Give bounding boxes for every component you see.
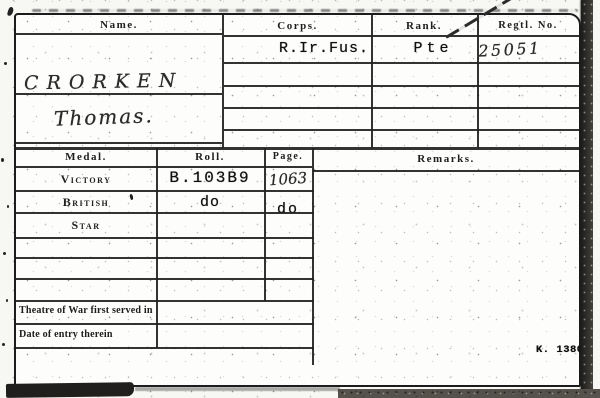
medal-row-star: Star bbox=[16, 218, 156, 233]
page-value-british: do bbox=[264, 201, 312, 218]
corps-header: Corps. bbox=[224, 20, 371, 32]
edge-speck bbox=[4, 62, 7, 65]
scanner-smear-bottom bbox=[135, 387, 340, 391]
name-box-bottom-rule bbox=[16, 142, 222, 144]
corps-header-rule bbox=[224, 35, 579, 37]
medal-row-line bbox=[16, 212, 314, 214]
edge-speck bbox=[2, 343, 5, 346]
medal-header: Medal. bbox=[16, 151, 156, 163]
medal-header-rule bbox=[16, 166, 312, 168]
medal-row-line bbox=[16, 257, 314, 259]
table-bottom-rule bbox=[16, 347, 314, 349]
corps-row-line bbox=[224, 107, 579, 109]
surname-handwritten: CRORKEN bbox=[24, 70, 184, 95]
corps-row-line bbox=[224, 85, 579, 87]
medal-row-victory: Victory bbox=[16, 172, 156, 187]
scanner-blob-bottom-left bbox=[6, 382, 134, 398]
scanner-edge-right bbox=[581, 0, 593, 398]
medal-index-card-scan: Name. Corps. Rank. Regtl. No. Medal. Rol… bbox=[0, 0, 600, 398]
form-code: K. 1380 bbox=[536, 344, 584, 356]
medal-row-line bbox=[16, 237, 314, 239]
medal-row-line bbox=[16, 278, 314, 280]
theatre-of-war-label: Theatre of War first served in bbox=[19, 305, 153, 316]
medal-row-line bbox=[16, 190, 314, 192]
corps-row-line bbox=[224, 129, 579, 131]
edge-speck bbox=[1, 158, 4, 162]
roll-header: Roll. bbox=[156, 151, 264, 163]
remarks-header: Remarks. bbox=[313, 153, 579, 165]
medal-row-british: British bbox=[16, 195, 156, 210]
date-of-entry-label: Date of entry therein bbox=[19, 329, 113, 340]
edge-speck bbox=[3, 252, 6, 255]
page-value-victory: 1063 bbox=[263, 168, 312, 189]
regtl-no-header: Regtl. No. bbox=[477, 20, 579, 31]
edge-speck bbox=[7, 205, 9, 208]
edge-speck bbox=[6, 299, 8, 302]
name-header-rule bbox=[16, 33, 222, 35]
scan-smear-top bbox=[32, 9, 578, 12]
roll-value-victory: B.103B9 bbox=[156, 169, 264, 187]
remarks-header-rule bbox=[313, 170, 579, 172]
scanner-band-bottom-right bbox=[338, 389, 600, 398]
section-divider bbox=[16, 147, 579, 150]
name-header: Name. bbox=[16, 19, 222, 31]
medal-row-line bbox=[16, 323, 314, 325]
medal-row-line bbox=[16, 300, 314, 302]
forename-handwritten: Thomas. bbox=[54, 103, 155, 130]
roll-value-british: do bbox=[156, 194, 264, 211]
page-header: Page. bbox=[264, 151, 312, 162]
corps-row-line bbox=[224, 62, 579, 64]
